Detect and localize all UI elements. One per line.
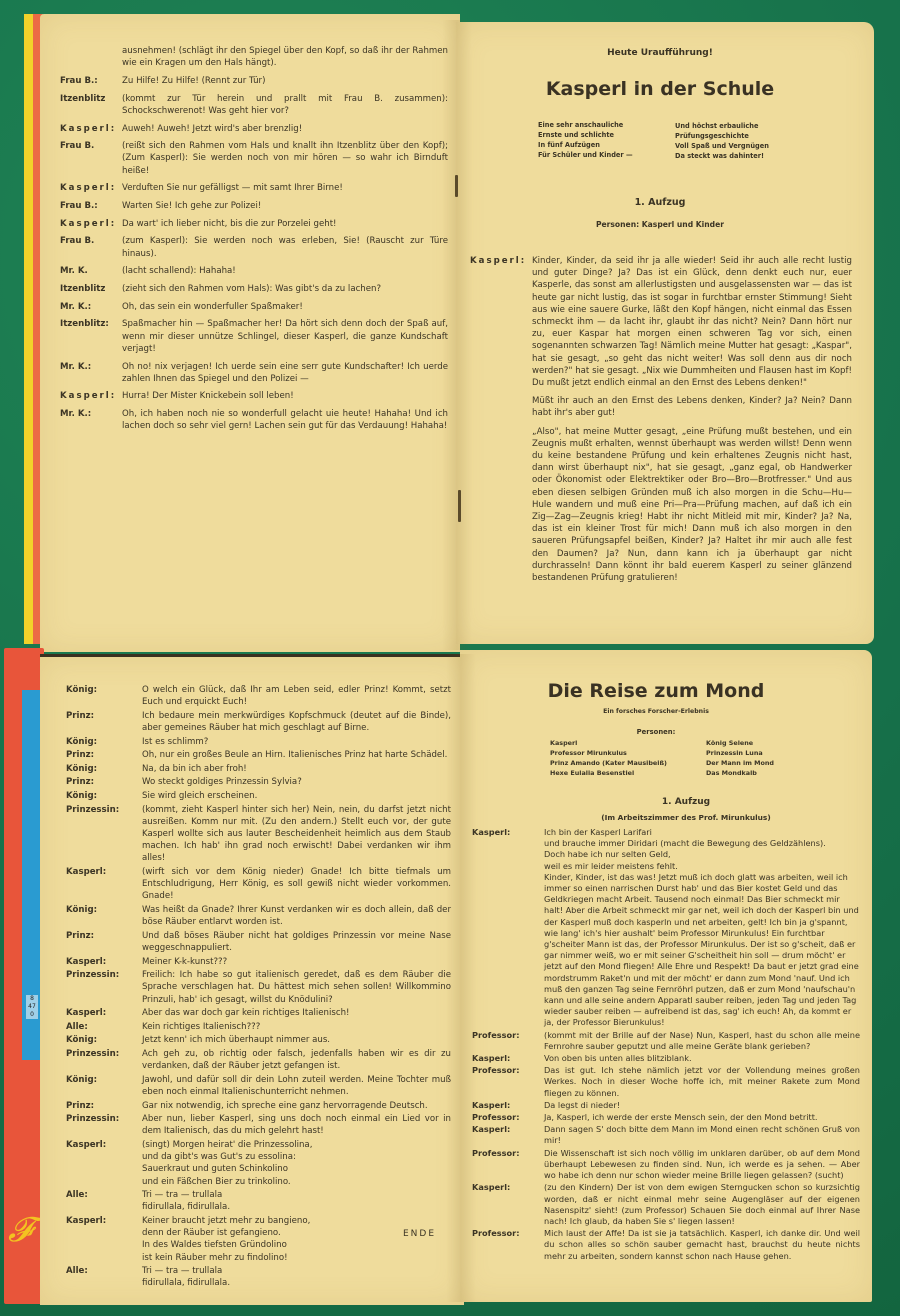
dialogue-text: Sie wird gleich erscheinen. bbox=[142, 790, 451, 802]
dialogue-line: König:Ist es schlimm? bbox=[66, 736, 451, 748]
dialogue-text: (kommt, zieht Kasperl hinter sich her) N… bbox=[142, 804, 451, 865]
dialogue-line: Itzenblitz(zieht sich den Rahmen vom Hal… bbox=[60, 283, 448, 295]
dialogue-line: Kasperl:(wirft sich vor dem König nieder… bbox=[66, 866, 451, 903]
dialogue-text: (kommt mit der Brille auf der Nase) Nun,… bbox=[544, 1030, 860, 1052]
scene-heading: (Im Arbeitszimmer des Prof. Mirunkulus) bbox=[476, 813, 896, 822]
dialogue-line: Mr. K.:Oh no! nix verjagen! Ich uerde se… bbox=[60, 361, 448, 385]
dialogue-text: Ach geh zu, ob richtig oder falsch, jede… bbox=[142, 1048, 451, 1072]
dialogue-line: Prinz:Oh, nur ein großes Beule an Hirn. … bbox=[66, 749, 451, 761]
speaker-label: Itzenblitz bbox=[60, 283, 122, 295]
act-heading: 1. Aufzug bbox=[476, 797, 896, 807]
dialogue-text: (wirft sich vor dem König nieder) Gnade!… bbox=[142, 866, 451, 903]
dialogue-line: Professor:Mich laust der Affe! Da ist si… bbox=[472, 1228, 860, 1262]
monologue: Kasperl: Kinder, Kinder, da seid ihr ja … bbox=[470, 255, 852, 596]
dialogue-text: ausnehmen! (schlägt ihr den Spiegel über… bbox=[122, 45, 448, 69]
dialogue-text: Und daß böses Räuber nicht hat goldiges … bbox=[142, 930, 451, 954]
bottom-booklet: 8 47 0 𝓕 König:O welch ein Glück, daß Ih… bbox=[0, 640, 900, 1316]
dialogue-line: Frau B.:Warten Sie! Ich gehe zur Polizei… bbox=[60, 200, 448, 212]
list-item: Der Mann im Mond bbox=[706, 758, 774, 768]
dialogue-text: Keiner braucht jetzt mehr zu bangieno, d… bbox=[142, 1215, 451, 1264]
blurb-right: Und höchst erbaulichePrüfungsgeschichteV… bbox=[675, 121, 769, 161]
speaker-label: Prinzessin: bbox=[66, 804, 142, 865]
speaker-label: König: bbox=[66, 1074, 142, 1098]
speaker-label: Kasperl: bbox=[472, 1053, 544, 1064]
dialogue-line: Frau B.(zum Kasperl): Sie werden noch wa… bbox=[60, 235, 448, 259]
dialogue-text: Oh, das sein ein wonderfuller Spaßmaker! bbox=[122, 301, 448, 313]
dialogue-text: Kein richtiges Italienisch??? bbox=[142, 1021, 451, 1033]
dialogue-text: (lacht schallend): Hahaha! bbox=[122, 265, 448, 277]
dialogue-bottom-left: König:O welch ein Glück, daß Ihr am Lebe… bbox=[66, 684, 451, 1291]
dialogue-text: Ich bedaure mein merkwürdiges Kopfschmuc… bbox=[142, 710, 451, 734]
dialogue-text: Von oben bis unten alles blitziblank. bbox=[544, 1053, 860, 1064]
dialogue-line: Kasperl:Aber das war doch gar kein richt… bbox=[66, 1007, 451, 1019]
dialogue-text: Hurra! Der Mister Knickebein soll leben! bbox=[122, 390, 448, 402]
dialogue-line: Alle:Tri — tra — trullala fidirullala, f… bbox=[66, 1265, 451, 1289]
dialogue-line: König:O welch ein Glück, daß Ihr am Lebe… bbox=[66, 684, 451, 708]
speaker-label: Prinzessin: bbox=[66, 1113, 142, 1137]
speaker-label: Kasperl: bbox=[472, 1124, 544, 1146]
speaker-label: Prinz: bbox=[66, 749, 142, 761]
speaker-label: Kasperl: bbox=[60, 390, 122, 402]
speaker-label: Kasperl: bbox=[60, 218, 122, 230]
dialogue-line: Kasperl:Von oben bis unten alles blitzib… bbox=[472, 1053, 860, 1064]
speaker-label: Kasperl: bbox=[60, 182, 122, 194]
dialogue-text: Zu Hilfe! Zu Hilfe! (Rennt zur Tür) bbox=[122, 75, 448, 87]
speaker-label: Kasperl: bbox=[66, 1139, 142, 1188]
dialogue-text: O welch ein Glück, daß Ihr am Leben seid… bbox=[142, 684, 451, 708]
dialogue-line: Mr. K.:Oh, ich haben noch nie so wonderf… bbox=[60, 408, 448, 432]
dialogue-line: Kasperl:Hurra! Der Mister Knickebein sol… bbox=[60, 390, 448, 402]
speaker-label: Professor: bbox=[472, 1030, 544, 1052]
dialogue-line: Frau B.:Zu Hilfe! Zu Hilfe! (Rennt zur T… bbox=[60, 75, 448, 87]
dialogue-text: Ist es schlimm? bbox=[142, 736, 451, 748]
dialogue-text: Dann sagen S' doch bitte dem Mann im Mon… bbox=[544, 1124, 860, 1146]
speaker-label: Kasperl: bbox=[66, 1007, 142, 1019]
dialogue-text: Das ist gut. Ich stehe nämlich jetzt vor… bbox=[544, 1065, 860, 1099]
dialogue-text: (reißt sich den Rahmen vom Hals und knal… bbox=[122, 140, 448, 177]
list-item: Prinzessin Luna bbox=[706, 748, 774, 758]
play-title: Die Reise zum Mond bbox=[476, 680, 836, 702]
dialogue-line: Kasperl:(zu den Kindern) Der ist von dem… bbox=[472, 1182, 860, 1227]
speaker-label bbox=[60, 45, 122, 69]
end-label: ENDE bbox=[403, 1229, 436, 1239]
dialogue-text: (singt) Morgen heirat' die Prinzessolina… bbox=[142, 1139, 451, 1188]
staple bbox=[455, 175, 458, 197]
speaker-label: Alle: bbox=[66, 1021, 142, 1033]
spine-label-line: 8 bbox=[26, 995, 38, 1003]
speaker-label: Kasperl: bbox=[472, 1182, 544, 1227]
dialogue-line: Prinz:Und daß böses Räuber nicht hat gol… bbox=[66, 930, 451, 954]
dialogue-line: König:Jetzt kenn' ich mich überhaupt nim… bbox=[66, 1034, 451, 1046]
dialogue-line: Mr. K.:Oh, das sein ein wonderfuller Spa… bbox=[60, 301, 448, 313]
dialogue-line: Professor:Das ist gut. Ich stehe nämlich… bbox=[472, 1065, 860, 1099]
dialogue-text: (zu den Kindern) Der ist von dem ewigen … bbox=[544, 1182, 860, 1227]
speaker-label: König: bbox=[66, 1034, 142, 1046]
dialogue-line: König:Sie wird gleich erscheinen. bbox=[66, 790, 451, 802]
speaker-label: König: bbox=[66, 684, 142, 708]
dialogue-text: (zum Kasperl): Sie werden noch was erleb… bbox=[122, 235, 448, 259]
dialogue-line: Itzenblitz:Spaßmacher hin — Spaßmacher h… bbox=[60, 318, 448, 355]
speaker-label: Kasperl: bbox=[66, 1215, 142, 1264]
list-item: Hexe Eulalia Besenstiel bbox=[550, 768, 667, 778]
speaker-label: Professor: bbox=[472, 1112, 544, 1123]
dialogue-text: Gar nix notwendig, ich spreche eine ganz… bbox=[142, 1100, 451, 1112]
play-subtitle: Ein forsches Forscher-Erlebnis bbox=[476, 708, 836, 715]
speaker-label: König: bbox=[66, 736, 142, 748]
dialogue-text: Jetzt kenn' ich mich überhaupt nimmer au… bbox=[142, 1034, 451, 1046]
dialogue-line: Kasperl:Da legst di nieder! bbox=[472, 1100, 860, 1111]
speaker-label: Kasperl: bbox=[66, 866, 142, 903]
act-heading: 1. Aufzug bbox=[470, 197, 850, 208]
monologue-paragraph: „Also", hat meine Mutter gesagt, „eine P… bbox=[532, 426, 852, 585]
dialogue-text: Spaßmacher hin — Spaßmacher her! Da hört… bbox=[122, 318, 448, 355]
dialogue-bottom-right: Kasperl:Ich bin der Kasperl Larifari und… bbox=[472, 827, 860, 1263]
dialogue-text: Na, da bin ich aber froh! bbox=[142, 763, 451, 775]
dialogue-line: Kasperl:Meiner K-k-kunst??? bbox=[66, 956, 451, 968]
dialogue-text: (zieht sich den Rahmen vom Hals): Was gi… bbox=[122, 283, 448, 295]
dialogue-text: Meiner K-k-kunst??? bbox=[142, 956, 451, 968]
speaker-label: König: bbox=[66, 904, 142, 928]
dialogue-line: Prinzessin:Freilich: Ich habe so gut ita… bbox=[66, 969, 451, 1006]
dialogue-text: Da wart' ich lieber nicht, bis die zur P… bbox=[122, 218, 448, 230]
speaker-label: Professor: bbox=[472, 1065, 544, 1099]
dialogue-text: Oh, ich haben noch nie so wonderfull gel… bbox=[122, 408, 448, 432]
cast-list-right: König SelenePrinzessin LunaDer Mann im M… bbox=[706, 738, 774, 778]
dialogue-text: Tri — tra — trullala fidirullala, fidiru… bbox=[142, 1265, 451, 1289]
speaker-label: Prinz: bbox=[66, 1100, 142, 1112]
list-item: Kasperl bbox=[550, 738, 667, 748]
dialogue-text: Jawohl, und dafür soll dir dein Lohn zut… bbox=[142, 1074, 451, 1098]
list-item: Für Schüler und Kinder — bbox=[538, 150, 633, 160]
dialogue-line: Prinzessin:Ach geh zu, ob richtig oder f… bbox=[66, 1048, 451, 1072]
persons-line: Personen: Kasperl und Kinder bbox=[470, 220, 850, 229]
dialogue-text: Freilich: Ich habe so gut italienisch ge… bbox=[142, 969, 451, 1006]
speaker-label: Mr. K. bbox=[60, 265, 122, 277]
dialogue-line: König:Jawohl, und dafür soll dir dein Lo… bbox=[66, 1074, 451, 1098]
dialogue-text: Oh, nur ein großes Beule an Hirn. Italie… bbox=[142, 749, 451, 761]
speaker-label: Frau B.: bbox=[60, 75, 122, 87]
list-item: Prinz Amando (Kater Mausibeiß) bbox=[550, 758, 667, 768]
list-item: König Selene bbox=[706, 738, 774, 748]
dialogue-line: Kasperl:(singt) Morgen heirat' die Prinz… bbox=[66, 1139, 451, 1188]
dialogue-text: Mich laust der Affe! Da ist sie ja tatsä… bbox=[544, 1228, 860, 1262]
list-item: Und höchst erbauliche bbox=[675, 121, 769, 131]
dialogue-text: Warten Sie! Ich gehe zur Polizei! bbox=[122, 200, 448, 212]
staple bbox=[458, 490, 461, 522]
monologue-text: Kinder, Kinder, da seid ihr ja alle wied… bbox=[532, 255, 852, 590]
list-item: Professor Mirunkulus bbox=[550, 748, 667, 758]
dialogue-line: Frau B.(reißt sich den Rahmen vom Hals u… bbox=[60, 140, 448, 177]
spine-label-line: 47 bbox=[26, 1003, 38, 1011]
dialogue-text: Aber nun, lieber Kasperl, sing uns doch … bbox=[142, 1113, 451, 1137]
dialogue-line: Alle:Kein richtiges Italienisch??? bbox=[66, 1021, 451, 1033]
dialogue-text: Wo steckt goldiges Prinzessin Sylvia? bbox=[142, 776, 451, 788]
dialogue-text: Aber das war doch gar kein richtiges Ita… bbox=[142, 1007, 451, 1019]
list-item: Prüfungsgeschichte bbox=[675, 131, 769, 141]
speaker-label: Kasperl: bbox=[472, 827, 544, 1029]
dialogue-line: Kasperl:Auweh! Auweh! Jetzt wird's aber … bbox=[60, 123, 448, 135]
dialogue-line: Professor:Die Wissenschaft ist sich noch… bbox=[472, 1148, 860, 1182]
speaker-label: Itzenblitz bbox=[60, 93, 122, 117]
monologue-paragraph: Müßt ihr auch an den Ernst des Lebens de… bbox=[532, 395, 852, 419]
dialogue-top-left: ausnehmen! (schlägt ihr den Spiegel über… bbox=[60, 45, 448, 438]
dialogue-line: Alle:Tri — tra — trullala fidirullala, f… bbox=[66, 1189, 451, 1213]
dialogue-text: Oh no! nix verjagen! Ich uerde sein eine… bbox=[122, 361, 448, 385]
dialogue-text: (kommt zur Tür herein und prallt mit Fra… bbox=[122, 93, 448, 117]
speaker-label: Prinz: bbox=[66, 776, 142, 788]
dialogue-text: Auweh! Auweh! Jetzt wird's aber brenzlig… bbox=[122, 123, 448, 135]
speaker-label: Frau B. bbox=[60, 140, 122, 177]
cover-spine-label: 8 47 0 bbox=[26, 995, 38, 1019]
list-item: Ernste und schlichte bbox=[538, 130, 633, 140]
dialogue-line: Professor:Ja, Kasperl, ich werde der ers… bbox=[472, 1112, 860, 1123]
speaker-label: Mr. K.: bbox=[60, 301, 122, 313]
blurb-left: Eine sehr anschaulicheErnste und schlich… bbox=[538, 120, 633, 160]
dialogue-line: Kasperl:Dann sagen S' doch bitte dem Man… bbox=[472, 1124, 860, 1146]
dialogue-line: Mr. K.(lacht schallend): Hahaha! bbox=[60, 265, 448, 277]
speaker-label: Mr. K.: bbox=[60, 408, 122, 432]
dialogue-line: Kasperl:Keiner braucht jetzt mehr zu ban… bbox=[66, 1215, 451, 1264]
dialogue-line: Professor:(kommt mit der Brille auf der … bbox=[472, 1030, 860, 1052]
kicker: Heute Uraufführung! bbox=[470, 48, 850, 58]
dialogue-line: ausnehmen! (schlägt ihr den Spiegel über… bbox=[60, 45, 448, 69]
list-item: Da steckt was dahinter! bbox=[675, 151, 769, 161]
dialogue-line: Kasperl:Da wart' ich lieber nicht, bis d… bbox=[60, 218, 448, 230]
speaker-label: Prinzessin: bbox=[66, 1048, 142, 1072]
dialogue-line: Prinzessin:Aber nun, lieber Kasperl, sin… bbox=[66, 1113, 451, 1137]
speaker-label: Frau B.: bbox=[60, 200, 122, 212]
dialogue-line: König:Na, da bin ich aber froh! bbox=[66, 763, 451, 775]
speaker-label: Prinz: bbox=[66, 710, 142, 734]
dialogue-text: Was heißt da Gnade? Ihrer Kunst verdanke… bbox=[142, 904, 451, 928]
speaker-label: Kasperl: bbox=[470, 255, 532, 590]
dialogue-line: Itzenblitz(kommt zur Tür herein und pral… bbox=[60, 93, 448, 117]
play-title: Kasperl in der Schule bbox=[470, 78, 850, 100]
dialogue-line: Prinz:Ich bedaure mein merkwürdiges Kopf… bbox=[66, 710, 451, 734]
speaker-label: Frau B. bbox=[60, 235, 122, 259]
speaker-label: Alle: bbox=[66, 1265, 142, 1289]
speaker-label: Alle: bbox=[66, 1189, 142, 1213]
speaker-label: Mr. K.: bbox=[60, 361, 122, 385]
speaker-label: König: bbox=[66, 763, 142, 775]
dialogue-line: Prinz:Wo steckt goldiges Prinzessin Sylv… bbox=[66, 776, 451, 788]
cast-list-left: KasperlProfessor MirunkulusPrinz Amando … bbox=[550, 738, 667, 778]
persons-label: Personen: bbox=[476, 728, 836, 736]
list-item: Das Mondkalb bbox=[706, 768, 774, 778]
dialogue-line: Prinzessin:(kommt, zieht Kasperl hinter … bbox=[66, 804, 451, 865]
list-item: Voll Spaß und Vergnügen bbox=[675, 141, 769, 151]
dialogue-text: Ja, Kasperl, ich werde der erste Mensch … bbox=[544, 1112, 860, 1123]
speaker-label: Itzenblitz: bbox=[60, 318, 122, 355]
dialogue-line: Kasperl:Ich bin der Kasperl Larifari und… bbox=[472, 827, 860, 1029]
spine-label-line: 0 bbox=[26, 1011, 38, 1019]
speaker-label: Professor: bbox=[472, 1228, 544, 1262]
speaker-label: König: bbox=[66, 790, 142, 802]
speaker-label: Prinzessin: bbox=[66, 969, 142, 1006]
dialogue-text: Ich bin der Kasperl Larifari und brauche… bbox=[544, 827, 860, 1029]
dialogue-text: Die Wissenschaft ist sich noch völlig im… bbox=[544, 1148, 860, 1182]
speaker-label: Kasperl: bbox=[472, 1100, 544, 1111]
speaker-label: Prinz: bbox=[66, 930, 142, 954]
speaker-label: Professor: bbox=[472, 1148, 544, 1182]
dialogue-text: Verduften Sie nur gefälligst — mit samt … bbox=[122, 182, 448, 194]
list-item: Eine sehr anschauliche bbox=[538, 120, 633, 130]
dialogue-line: König:Was heißt da Gnade? Ihrer Kunst ve… bbox=[66, 904, 451, 928]
speaker-label: Kasperl: bbox=[66, 956, 142, 968]
top-booklet: ausnehmen! (schlägt ihr den Spiegel über… bbox=[0, 0, 900, 660]
dialogue-line: Prinz:Gar nix notwendig, ich spreche ein… bbox=[66, 1100, 451, 1112]
dialogue-text: Tri — tra — trullala fidirullala, fidiru… bbox=[142, 1189, 451, 1213]
speaker-label: Kasperl: bbox=[60, 123, 122, 135]
list-item: In fünf Aufzügen bbox=[538, 140, 633, 150]
dialogue-line: Kasperl:Verduften Sie nur gefälligst — m… bbox=[60, 182, 448, 194]
dialogue-text: Da legst di nieder! bbox=[544, 1100, 860, 1111]
cover-logo-glyph: 𝓕 bbox=[8, 1210, 33, 1250]
monologue-paragraph: Kinder, Kinder, da seid ihr ja alle wied… bbox=[532, 255, 852, 389]
